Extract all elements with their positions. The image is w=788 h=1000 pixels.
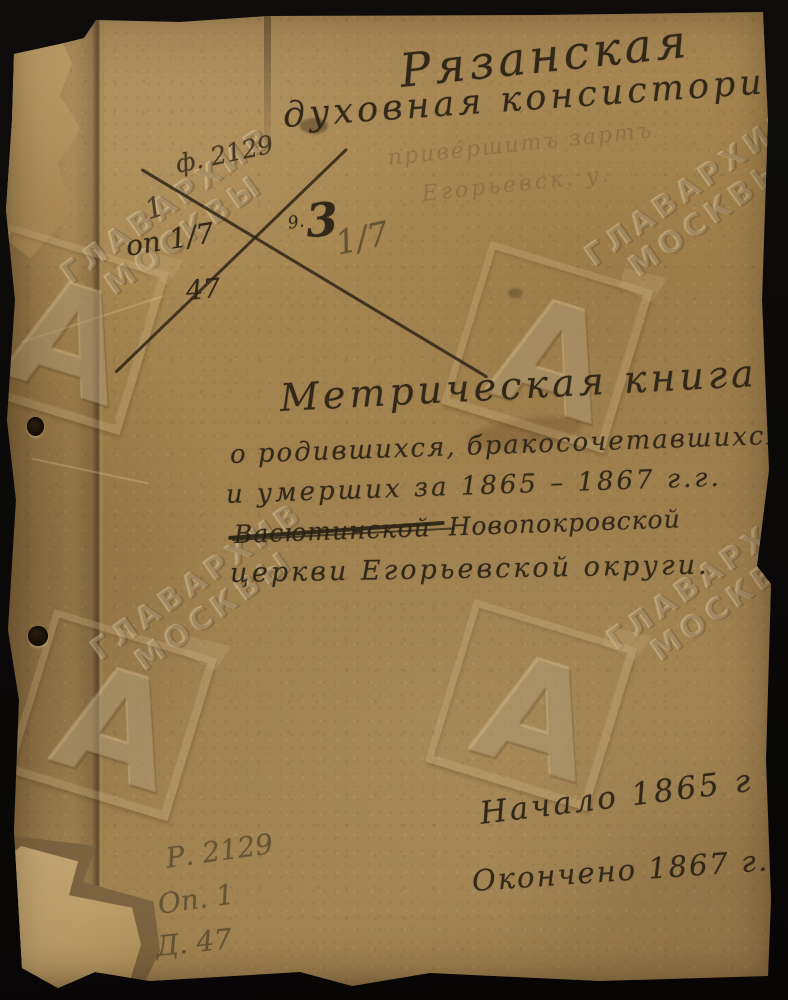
punch-hole-top xyxy=(27,417,44,436)
stain xyxy=(508,288,522,298)
logo-frame xyxy=(441,241,653,453)
logo-frame xyxy=(425,599,637,811)
crossed-out-church-name: Васютинской xyxy=(233,513,431,549)
scan-background: ГЛАВАРХИВ МОСКВЫ ГЛАВАРХИВ МОСКВЫ ГЛАВАР… xyxy=(0,0,788,1000)
opis-number-bottom: Оп. 1 xyxy=(156,877,236,920)
pencil-note-line1: приве́ршитъ зартъ xyxy=(387,118,655,171)
old-opis-number: оп 1/7 xyxy=(123,216,216,262)
glavarkhiv-logo-icon: А xyxy=(441,241,653,453)
book-title: Метрическая книга xyxy=(279,351,759,420)
watermark-line2: МОСКВЫ xyxy=(623,129,788,284)
glavarkhiv-logo-icon: А xyxy=(425,599,637,811)
logo-flag xyxy=(181,633,231,673)
church-name: Новопокровской xyxy=(448,504,681,541)
date-finished: Окончено 1867 г. xyxy=(471,843,770,898)
spine-crease xyxy=(92,14,104,992)
cross-out-stroke xyxy=(114,148,348,374)
old-delo-mark-small: 9. xyxy=(286,211,305,234)
logo-flag xyxy=(617,265,667,305)
book-cover: ГЛАВАРХИВ МОСКВЫ ГЛАВАРХИВ МОСКВЫ ГЛАВАР… xyxy=(0,0,788,1000)
watermark-line2: МОСКВЫ xyxy=(645,513,788,668)
delo-number-bottom: Д. 47 xyxy=(154,922,233,963)
pencil-note-line2: Егорьевск. у. xyxy=(421,162,613,207)
torn-paper-bottom-left xyxy=(0,846,150,1000)
old-fond-number: ф. 2129 xyxy=(173,130,276,179)
spacer xyxy=(431,536,449,537)
title-church-line: ВасютинскойНовопокровской xyxy=(233,504,681,549)
logo-flag xyxy=(601,623,651,663)
title-okrug-line: церкви Егорьевской округи. xyxy=(230,550,710,589)
punch-hole-bottom xyxy=(28,626,48,646)
title-subtitle-line2: и умерших за 1865 – 1867 г.г. xyxy=(225,463,722,510)
fond-number-bottom: Р. 2129 xyxy=(164,827,275,875)
pencil-stroke-one: 1 xyxy=(141,189,168,226)
pencil-fraction: 1/7 xyxy=(332,213,392,262)
date-started: Начало 1865 г xyxy=(478,763,755,832)
